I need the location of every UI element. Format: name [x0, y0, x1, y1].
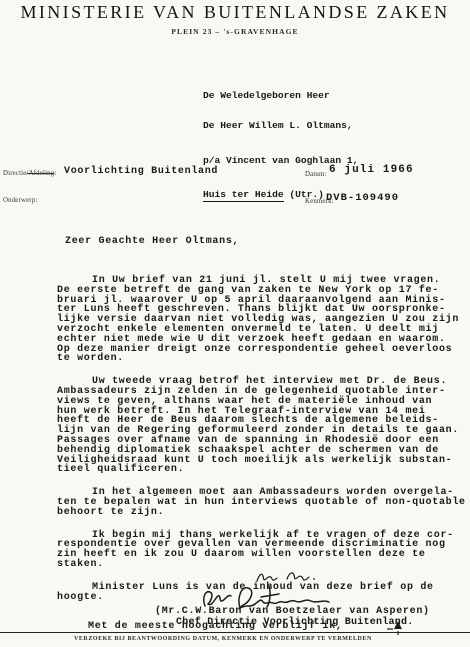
paragraph: In het algemeen moet aan Ambassadeurs wo…	[57, 488, 467, 517]
directie-label-text: Directie	[3, 170, 27, 177]
letter-paragraphs: In Uw brief van 21 juni jl. stelt U mij …	[57, 276, 467, 602]
afdeling-struck-text: /Afdeling	[27, 170, 55, 177]
recipient-city: Huis ter Heide	[203, 189, 284, 202]
signature-title: Chef Directie Voorlichting Buitenland.	[176, 617, 414, 628]
paragraph-line: te worden.	[57, 354, 467, 364]
handwritten-initials-icon	[257, 573, 315, 581]
paragraph-line: behoort te zijn.	[57, 508, 467, 518]
paragraph: In Uw brief van 21 juni jl. stelt U mij …	[57, 276, 467, 364]
recipient-line-1: De Weledelgeboren Heer	[203, 91, 358, 101]
kenmerk-value: DVB-109490	[326, 192, 399, 204]
footer-notice: VERZOEKE BIJ BEANTWOORDING DATUM, KENMER…	[74, 636, 372, 642]
datum-label: Datum:	[305, 171, 327, 178]
directie-afdeling-label: Directie/Afdeling:	[3, 170, 56, 177]
letterhead-ministry: MINISTERIE VAN BUITENLANDSE ZAKEN	[0, 2, 470, 23]
paragraph: Ik begin mij thans werkelijk af te vrage…	[57, 531, 467, 570]
footer-rule	[0, 632, 470, 633]
datum-value: 6 juli 1966	[329, 164, 414, 176]
directie-value: Voorlichting Buitenland	[64, 166, 218, 177]
handwritten-caret-mark-icon	[386, 618, 410, 636]
letterhead-address: PLEIN 23 – 's-GRAVENHAGE	[0, 27, 470, 36]
recipient-line-2: De Heer Willem L. Oltmans,	[203, 121, 358, 131]
paragraph-line: tieel qualificeren.	[57, 465, 467, 475]
salutation: Zeer Geachte Heer Oltmans,	[65, 237, 467, 247]
directie-label-colon: :	[54, 170, 56, 177]
onderwerp-label: Onderwerp:	[3, 197, 37, 204]
letter-page: MINISTERIE VAN BUITENLANDSE ZAKEN PLEIN …	[0, 0, 470, 647]
paragraph: Uw tweede vraag betrof het interview met…	[57, 377, 467, 475]
paragraph-line: zin heeft en ik zou U daarom willen voor…	[57, 550, 467, 560]
signature-name: (Mr.C.W.Baron van Boetzelaer van Asperen…	[155, 606, 430, 617]
